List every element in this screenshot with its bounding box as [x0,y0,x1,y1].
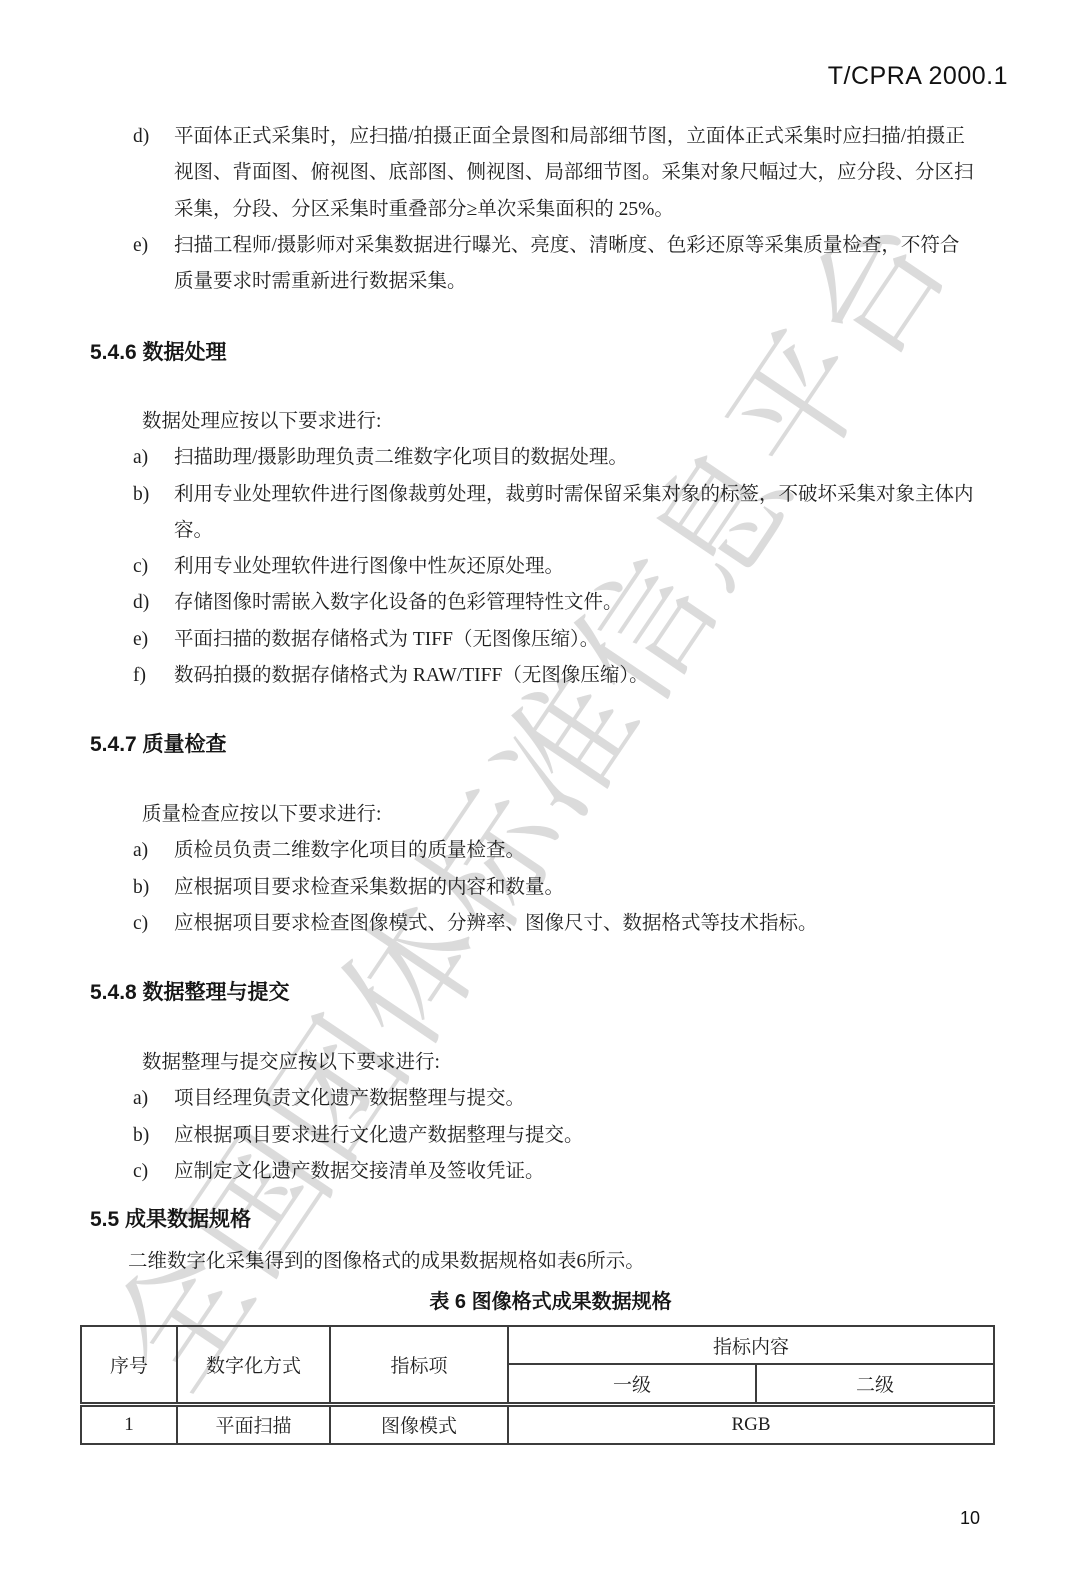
list-text: 质检员负责二维数字化项目的质量检查。 [174,840,525,861]
list-item-e-line-2: 质量要求时需重新进行数据采集。 [133,264,974,300]
list-text: 项目经理负责文化遗产数据整理与提交。 [174,1088,525,1109]
list-item-b-line-1: b)利用专业处理软件进行图像裁剪处理，裁剪时需保留采集对象的标签，不破坏采集对象… [133,477,974,513]
list-text: 应根据项目要求检查图像模式、分辨率、图像尺寸、数据格式等技术指标。 [174,913,818,934]
section-5-4-6-body: 数据处理应按以下要求进行: a)扫描助理/摄影助理负责二维数字化项目的数据处理。… [133,404,974,694]
list-item-a: a)项目经理负责文化遗产数据整理与提交。 [133,1081,584,1117]
section-heading-5-4-8: 5.4.8 数据整理与提交 [90,978,290,1008]
list-label-b: b) [133,1118,174,1154]
section-heading-5-5: 5.5 成果数据规格 [90,1205,251,1235]
list-item-c: c)应制定文化遗产数据交接清单及签收凭证。 [133,1154,584,1190]
table-header-no: 序号 [81,1326,177,1404]
list-label-b: b) [133,870,174,906]
list-item-c: c)利用专业处理软件进行图像中性灰还原处理。 [133,549,974,585]
table-row: 1 平面扫描 图像模式 RGB [81,1404,994,1444]
list-item-b-line-2: 容。 [133,513,974,549]
section-5-4-7-body: 质量检查应按以下要求进行: a)质检员负责二维数字化项目的质量检查。 b)应根据… [133,797,818,942]
list-label-e: e) [133,228,174,264]
list-item-d-line-1: d)平面体正式采集时，应扫描/拍摄正面全景图和局部细节图，立面体正式采集时应扫描… [133,119,974,155]
page-number: 10 [960,1507,980,1529]
list-item-b: b)应根据项目要求进行文化遗产数据整理与提交。 [133,1118,584,1154]
list-text: 利用专业处理软件进行图像裁剪处理，裁剪时需保留采集对象的标签，不破坏采集对象主体… [174,484,974,505]
list-text: 扫描助理/摄影助理负责二维数字化项目的数据处理。 [174,447,628,468]
table-cell-value: RGB [508,1404,994,1444]
table6: 序号 数字化方式 指标项 指标内容 一级 二级 1 平面扫描 图像模式 RGB [80,1325,995,1445]
list-label-d: d) [133,119,174,155]
table-cell-item: 图像模式 [330,1404,508,1444]
list-item-f: f)数码拍摄的数据存储格式为 RAW/TIFF（无图像压缩）。 [133,658,974,694]
list-item-d-line-3: 采集，分段、分区采集时重叠部分≥单次采集面积的 25%。 [133,192,974,228]
list-item-d: d)存储图像时需嵌入数字化设备的色彩管理特性文件。 [133,585,974,621]
section-intro: 数据整理与提交应按以下要求进行: [133,1045,584,1081]
list-text: 平面体正式采集时，应扫描/拍摄正面全景图和局部细节图，立面体正式采集时应扫描/拍… [174,126,965,147]
table-header-group: 指标内容 [508,1326,994,1364]
list-item-c: c)应根据项目要求检查图像模式、分辨率、图像尺寸、数据格式等技术指标。 [133,906,818,942]
table-header-item: 指标项 [330,1326,508,1404]
document-page: 全国团体标准信息平台 T/CPRA 2000.1 d)平面体正式采集时，应扫描/… [0,0,1080,1595]
list-text: 数码拍摄的数据存储格式为 RAW/TIFF（无图像压缩）。 [174,665,649,686]
list-text: 扫描工程师/摄影师对采集数据进行曝光、亮度、清晰度、色彩还原等采集质量检查，不符… [174,235,959,256]
section-heading-5-4-6: 5.4.6 数据处理 [90,338,227,368]
list-item-b: b)应根据项目要求检查采集数据的内容和数量。 [133,870,818,906]
list-label-e: e) [133,622,174,658]
list-label-f: f) [133,658,174,694]
list-item-e-line-1: e)扫描工程师/摄影师对采集数据进行曝光、亮度、清晰度、色彩还原等采集质量检查，… [133,228,974,264]
section-heading-5-4-7: 5.4.7 质量检查 [90,730,227,760]
table6-caption: 表 6 图像格式成果数据规格 [80,1289,993,1315]
table-header-method: 数字化方式 [177,1326,330,1404]
list-label-b: b) [133,477,174,513]
list-item-d-line-2: 视图、背面图、俯视图、底部图、侧视图、局部细节图。采集对象尺幅过大，应分段、分区… [133,155,974,191]
section-intro: 质量检查应按以下要求进行: [133,797,818,833]
list-label-a: a) [133,833,174,869]
section-intro: 数据处理应按以下要求进行: [133,404,974,440]
section-5-5-paragraph: 二维数字化采集得到的图像格式的成果数据规格如表6所示。 [128,1244,645,1280]
list-item-a: a)扫描助理/摄影助理负责二维数字化项目的数据处理。 [133,440,974,476]
table-cell-no: 1 [81,1404,177,1444]
list-top: d)平面体正式采集时，应扫描/拍摄正面全景图和局部细节图，立面体正式采集时应扫描… [133,119,974,300]
list-label-a: a) [133,1081,174,1117]
list-label-c: c) [133,549,174,585]
list-text: 平面扫描的数据存储格式为 TIFF（无图像压缩）。 [174,629,599,650]
list-text: 利用专业处理软件进行图像中性灰还原处理。 [174,556,564,577]
section-5-4-8-body: 数据整理与提交应按以下要求进行: a)项目经理负责文化遗产数据整理与提交。 b)… [133,1045,584,1190]
list-label-c: c) [133,906,174,942]
list-text: 应根据项目要求检查采集数据的内容和数量。 [174,877,564,898]
list-text: 应制定文化遗产数据交接清单及签收凭证。 [174,1161,545,1182]
list-item-e: e)平面扫描的数据存储格式为 TIFF（无图像压缩）。 [133,622,974,658]
table-header-level2: 二级 [756,1364,994,1404]
list-text: 存储图像时需嵌入数字化设备的色彩管理特性文件。 [174,592,623,613]
list-label-d: d) [133,585,174,621]
list-label-c: c) [133,1154,174,1190]
standard-code-header: T/CPRA 2000.1 [828,62,1008,91]
list-text: 应根据项目要求进行文化遗产数据整理与提交。 [174,1125,584,1146]
list-label-a: a) [133,440,174,476]
table-header-level1: 一级 [508,1364,756,1404]
table-cell-method: 平面扫描 [177,1404,330,1444]
list-item-a: a)质检员负责二维数字化项目的质量检查。 [133,833,818,869]
